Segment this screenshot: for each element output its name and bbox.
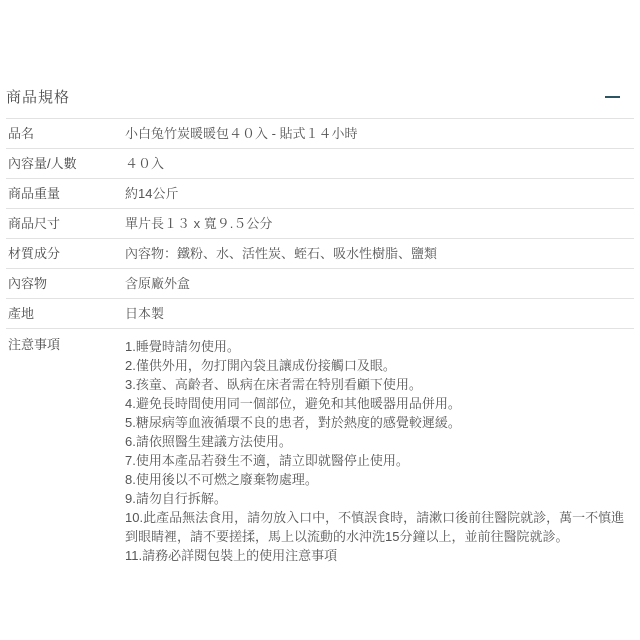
product-specs-section: 商品規格 品名 小白兔竹炭暖暖包４０入 - 貼式１４小時 內容量/人數 ４０入 … xyxy=(6,0,634,571)
spec-label: 內容量/人數 xyxy=(8,156,125,172)
minus-icon xyxy=(605,96,620,98)
table-row: 商品重量 約14公斤 xyxy=(6,179,634,209)
spec-label: 注意事項 xyxy=(8,337,125,565)
section-title: 商品規格 xyxy=(6,86,70,107)
notes-list: 1.睡覺時請勿使用。 2.僅供外用，勿打開內袋且讓成份接觸口及眼。 3.孩童、高… xyxy=(125,337,634,565)
note-item: 4.避免長時間使用同一個部位，避免和其他暖器用品併用。 xyxy=(125,394,632,413)
table-row: 內容量/人數 ４０入 xyxy=(6,149,634,179)
spec-value: 單片長１３ x 寬９.５公分 xyxy=(125,216,634,232)
spec-value: 日本製 xyxy=(125,306,634,322)
spec-label: 商品重量 xyxy=(8,186,125,202)
spec-value: 含原廠外盒 xyxy=(125,276,634,292)
note-item: 10.此產品無法食用，請勿放入口中，不慎誤食時，請漱口後前往醫院就診，萬一不慎進… xyxy=(125,508,632,546)
spec-label: 內容物 xyxy=(8,276,125,292)
note-item: 3.孩童、高齡者、臥病在床者需在特別看顧下使用。 xyxy=(125,375,632,394)
note-item: 1.睡覺時請勿使用。 xyxy=(125,337,632,356)
table-row: 注意事項 1.睡覺時請勿使用。 2.僅供外用，勿打開內袋且讓成份接觸口及眼。 3… xyxy=(6,329,634,571)
note-item: 5.糖尿病等血液循環不良的患者，對於熱度的感覺較遲緩。 xyxy=(125,413,632,432)
spec-label: 產地 xyxy=(8,306,125,322)
note-item: 9.請勿自行拆解。 xyxy=(125,489,632,508)
spec-label: 材質成分 xyxy=(8,246,125,262)
spec-label: 品名 xyxy=(8,126,125,142)
spec-label: 商品尺寸 xyxy=(8,216,125,232)
collapse-toggle-button[interactable] xyxy=(605,92,620,102)
table-row: 品名 小白兔竹炭暖暖包４０入 - 貼式１４小時 xyxy=(6,119,634,149)
section-header: 商品規格 xyxy=(6,86,634,119)
spec-value: 約14公斤 xyxy=(125,186,634,202)
table-row: 商品尺寸 單片長１３ x 寬９.５公分 xyxy=(6,209,634,239)
note-item: 8.使用後以不可燃之廢棄物處理。 xyxy=(125,470,632,489)
note-item: 11.請務必詳閱包裝上的使用注意事項 xyxy=(125,546,632,565)
table-row: 內容物 含原廠外盒 xyxy=(6,269,634,299)
note-item: 2.僅供外用，勿打開內袋且讓成份接觸口及眼。 xyxy=(125,356,632,375)
spec-table: 品名 小白兔竹炭暖暖包４０入 - 貼式１４小時 內容量/人數 ４０入 商品重量 … xyxy=(6,119,634,571)
table-row: 材質成分 內容物：鐵粉、水、活性炭、蛭石、吸水性樹脂、鹽類 xyxy=(6,239,634,269)
note-item: 6.請依照醫生建議方法使用。 xyxy=(125,432,632,451)
note-item: 7.使用本產品若發生不適，請立即就醫停止使用。 xyxy=(125,451,632,470)
spec-value: 內容物：鐵粉、水、活性炭、蛭石、吸水性樹脂、鹽類 xyxy=(125,246,634,262)
table-row: 產地 日本製 xyxy=(6,299,634,329)
spec-value: ４０入 xyxy=(125,156,634,172)
spec-value: 小白兔竹炭暖暖包４０入 - 貼式１４小時 xyxy=(125,126,634,142)
